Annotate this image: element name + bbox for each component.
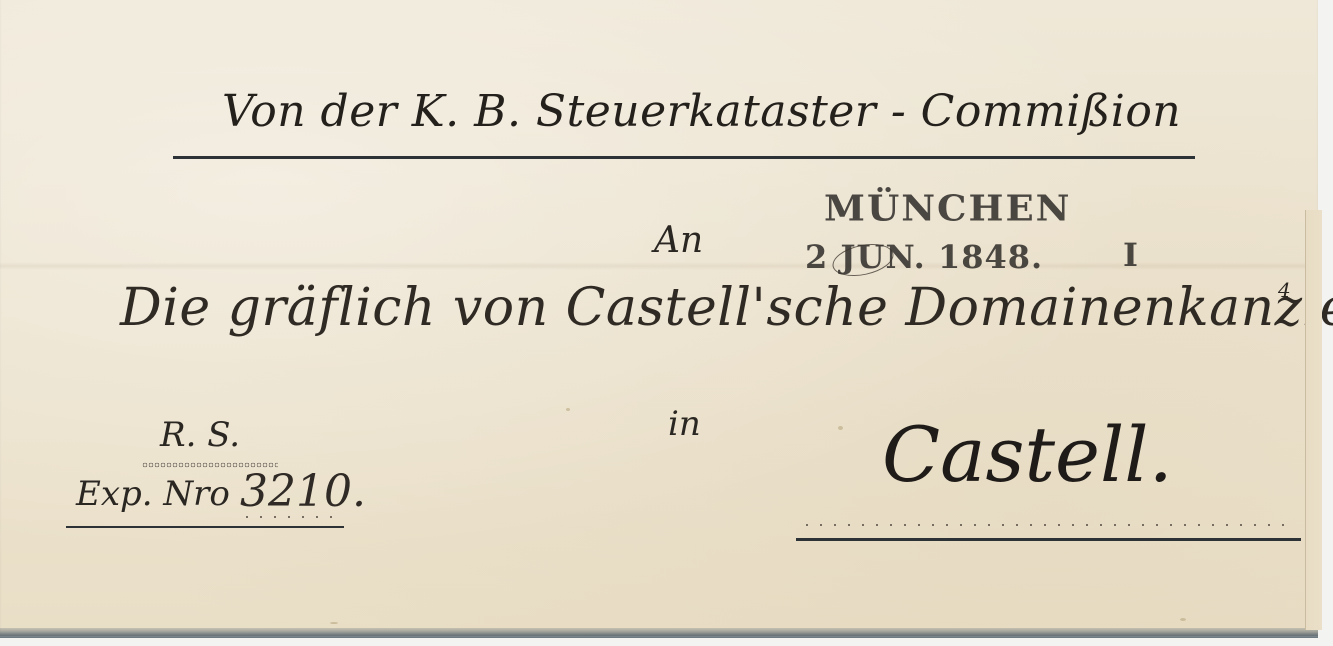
reference-underline	[66, 526, 344, 528]
paper-speck	[566, 408, 570, 411]
paper-speck	[1180, 618, 1186, 621]
postmark-suffix: I	[1123, 236, 1140, 274]
destination-dotted-line	[800, 524, 1295, 526]
reference-label: Exp. Nro	[76, 474, 230, 514]
reference-number: 3210.	[240, 466, 366, 517]
fold-crease	[0, 262, 1318, 270]
sender-line: Von der K. B. Steuerkataster - Commißion	[222, 86, 1181, 137]
reference-dotted-line	[240, 516, 340, 518]
paper-speck	[330, 622, 338, 624]
letter-sheet: Von der K. B. Steuerkataster - Commißion…	[0, 0, 1318, 636]
recipient-line: Die gräflich von Castell'sche Domainenka…	[120, 278, 1333, 338]
destination-town: Castell.	[882, 410, 1173, 499]
postmark-city: MÜNCHEN	[824, 187, 1071, 229]
salutation-preposition: An	[654, 220, 703, 261]
location-preposition: in	[668, 404, 701, 444]
paper-speck	[838, 426, 843, 430]
annotation-mark: 4	[1278, 278, 1291, 302]
reference-mark: R. S.	[160, 415, 240, 455]
bottom-edge-shadow	[0, 628, 1318, 638]
destination-underline	[796, 538, 1301, 541]
sender-underline	[173, 156, 1195, 159]
folded-flap-edge	[1305, 210, 1322, 630]
